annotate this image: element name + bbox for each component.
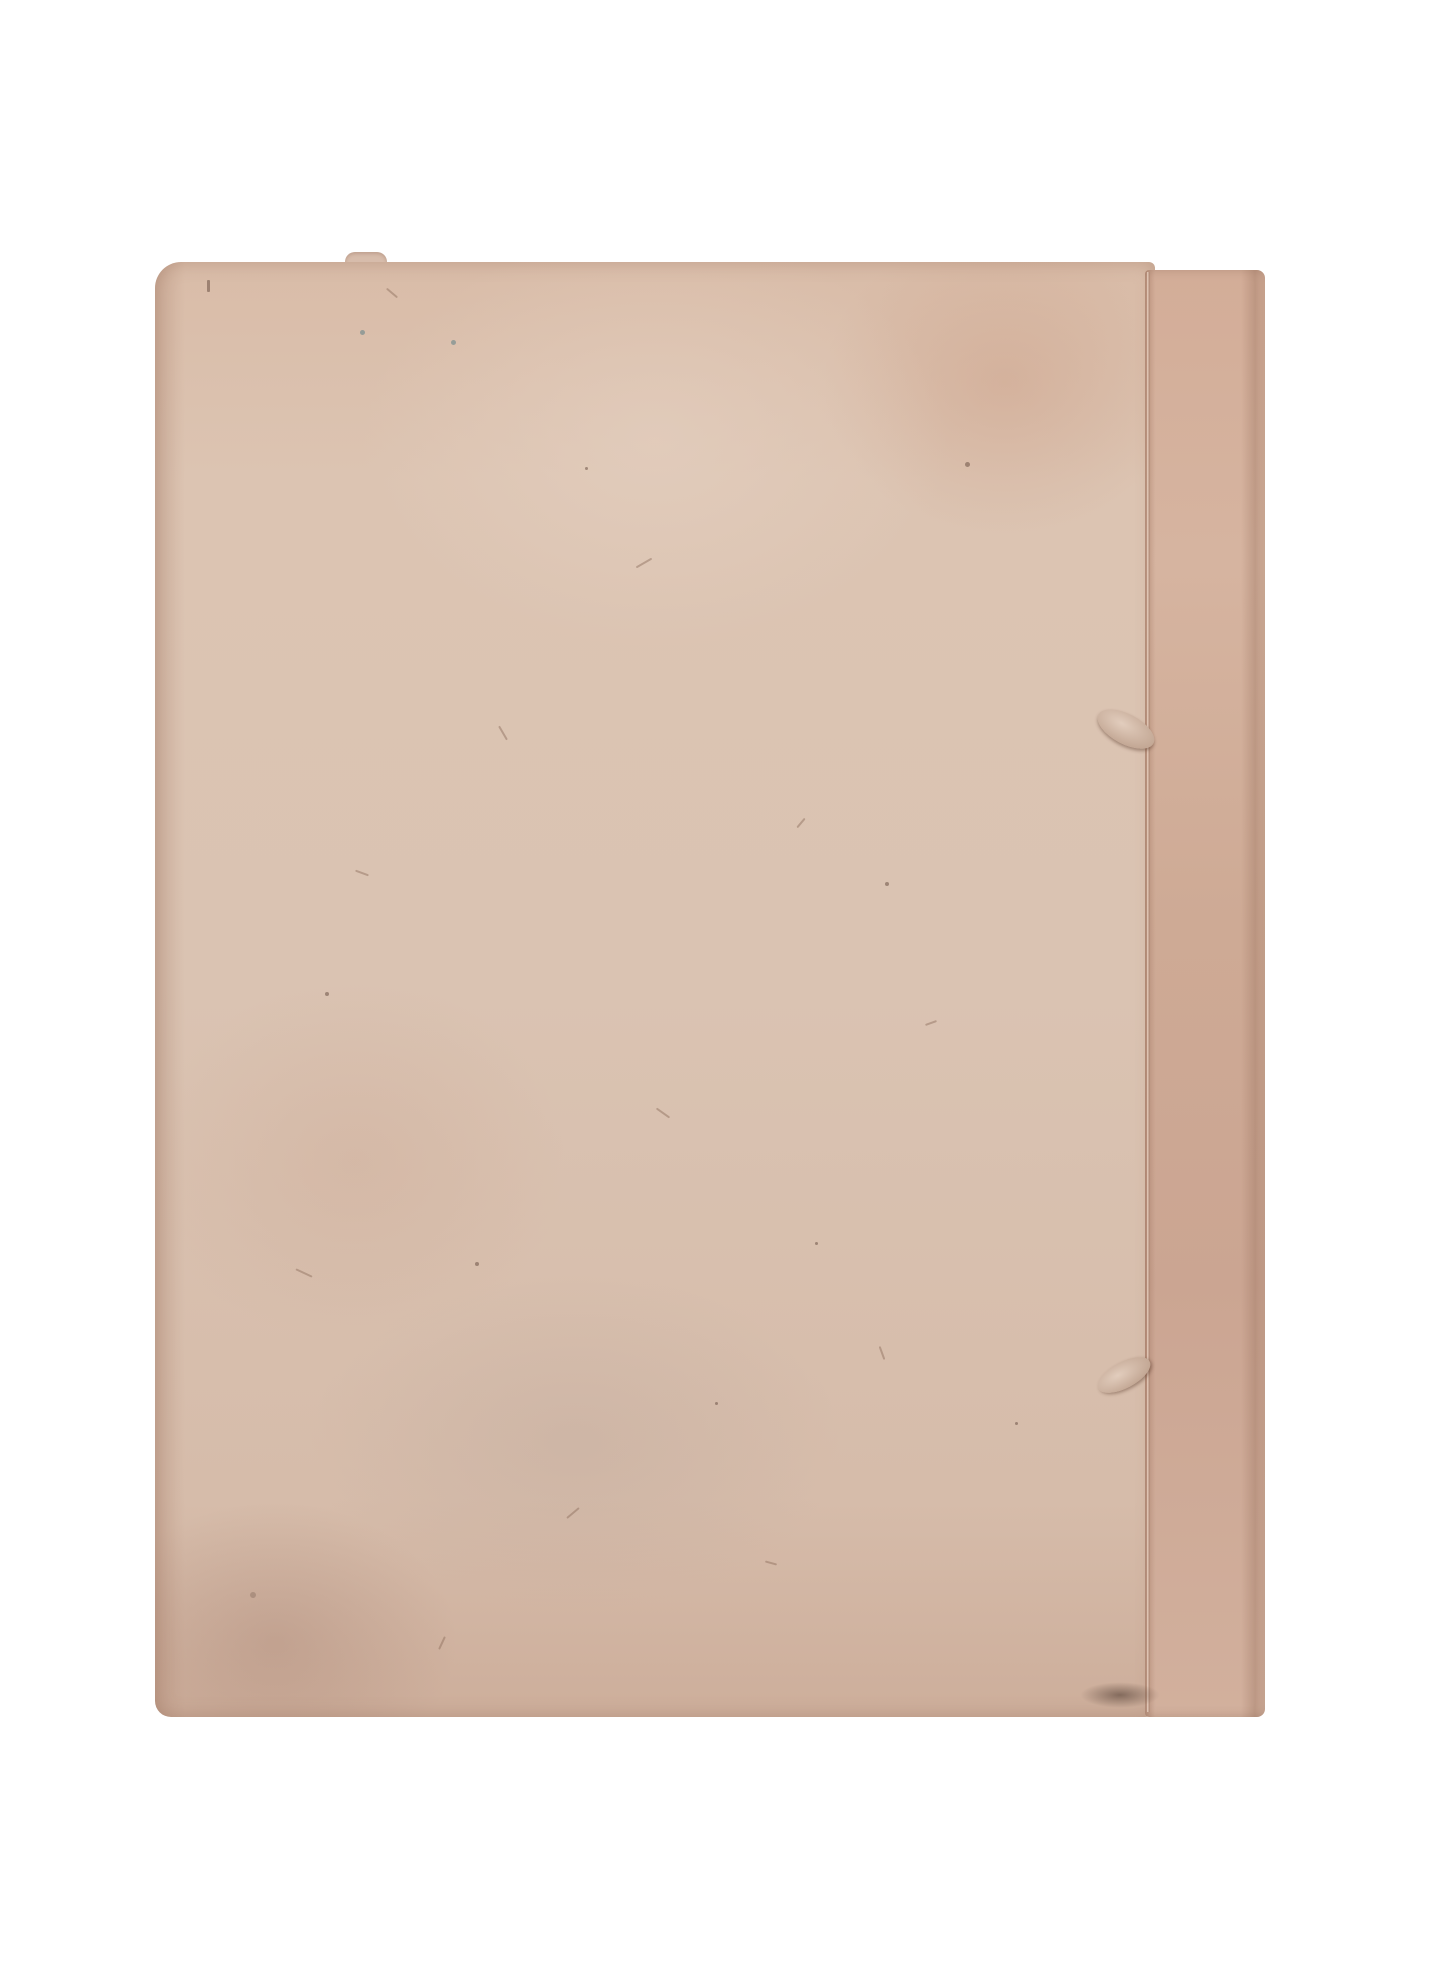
bottom-wear-stain bbox=[1080, 1682, 1160, 1708]
paper-fiber bbox=[355, 870, 369, 877]
spine-fold-line bbox=[1147, 272, 1150, 1712]
paper-speckle bbox=[360, 330, 365, 335]
paper-fiber bbox=[636, 558, 653, 569]
paper-speckle bbox=[585, 467, 588, 470]
bound-book bbox=[155, 262, 1265, 1717]
paper-speckle bbox=[1015, 1422, 1018, 1425]
paper-fiber bbox=[656, 1108, 670, 1119]
paper-fiber bbox=[386, 288, 398, 299]
paper-fiber bbox=[879, 1346, 886, 1360]
paper-speckle bbox=[250, 1592, 256, 1598]
book-cover bbox=[155, 262, 1155, 1717]
paper-speckle bbox=[885, 882, 889, 886]
paper-speckle bbox=[715, 1402, 718, 1405]
paper-fiber bbox=[438, 1636, 446, 1650]
paper-fiber bbox=[796, 818, 805, 828]
paper-speckle bbox=[965, 462, 970, 467]
paper-speckle bbox=[207, 280, 210, 292]
paper-speckle bbox=[451, 340, 456, 345]
paper-speckle bbox=[475, 1262, 479, 1266]
paper-fiber bbox=[295, 1268, 312, 1277]
paper-fiber bbox=[925, 1020, 937, 1026]
book-spine bbox=[1145, 270, 1265, 1717]
paper-fiber bbox=[498, 726, 508, 741]
photo-scene bbox=[0, 0, 1445, 1988]
paper-speckle bbox=[815, 1242, 818, 1245]
paper-fiber bbox=[765, 1560, 777, 1565]
paper-fiber bbox=[566, 1507, 580, 1519]
paper-speckle bbox=[325, 992, 329, 996]
